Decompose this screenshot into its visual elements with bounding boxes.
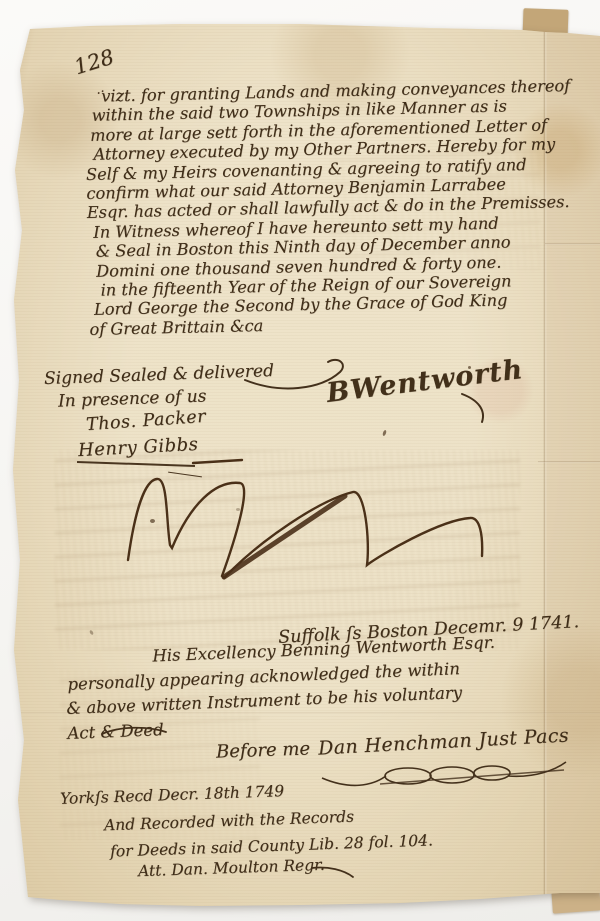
page-number: 128 <box>71 45 116 80</box>
recording-note-line: Yorkſs Recd Decr. 18th 1749 <box>60 782 285 808</box>
ink-speck <box>382 430 387 437</box>
scan-background: 128 ‥ vizt. for granting Lands and makin… <box>0 0 600 921</box>
witness-signature-packer: Thos. Packer <box>85 407 206 435</box>
manuscript-page: 128 ‥ vizt. for granting Lands and makin… <box>0 0 600 921</box>
deed-body-paragraph: vizt. for granting Lands and making conv… <box>84 76 576 339</box>
pen-rest-zigzag-flourish <box>90 455 530 590</box>
paper-shadow-wrap: 128 ‥ vizt. for granting Lands and makin… <box>0 0 600 921</box>
registrar-tail-flourish <box>310 862 356 880</box>
recording-note-line: for Deeds in said County Lib. 28 fol. 10… <box>110 831 433 860</box>
signature-tail-flourish <box>460 390 500 426</box>
before-me-label: Before me <box>216 738 311 762</box>
justice-signature-loop-flourish <box>320 758 570 792</box>
recording-note-line: And Recorded with the Records <box>104 808 355 835</box>
ink-speck <box>89 630 94 636</box>
horizontal-crease <box>538 461 600 463</box>
act-and-deed-flourish <box>100 724 170 740</box>
registrar-signature: Att. Dan. Moulton Regr. <box>138 856 325 881</box>
